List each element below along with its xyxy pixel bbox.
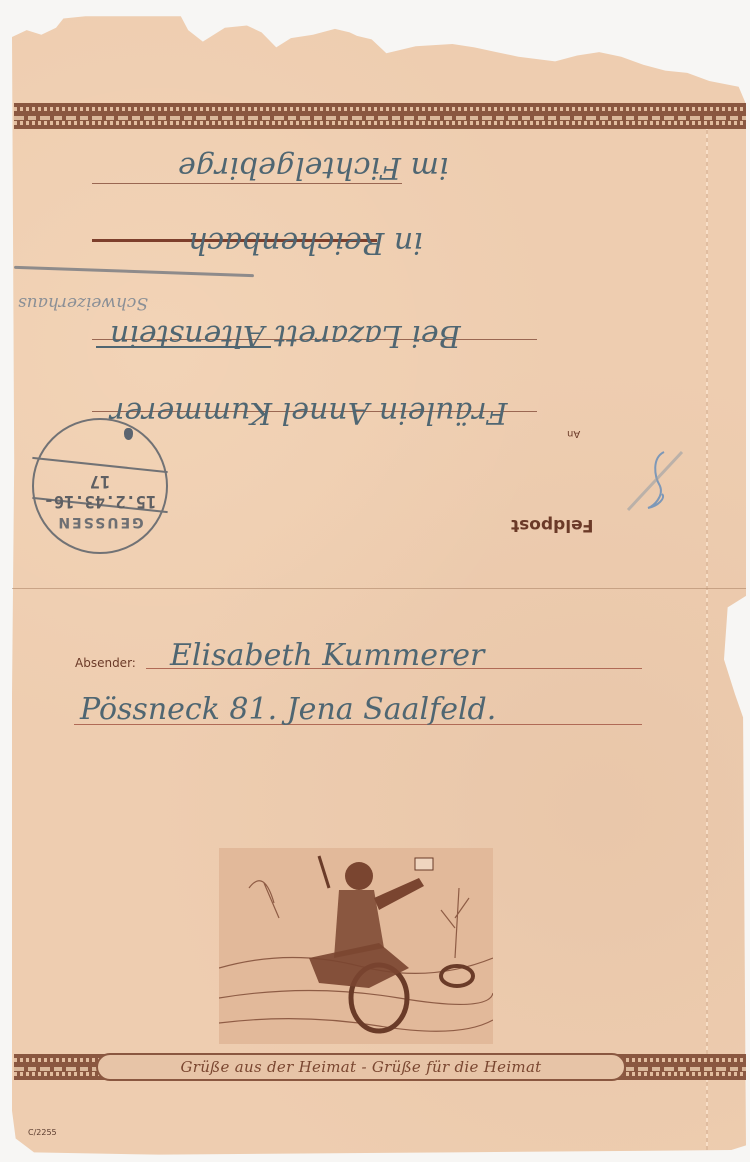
postmark-town: GEUSSEN <box>34 514 166 530</box>
pencil-initial-icon <box>624 446 688 516</box>
sender-label: Absender: <box>75 656 136 670</box>
ornamental-border-top <box>14 103 746 129</box>
pencil-note: Schweizerhaus <box>18 293 148 313</box>
label-feldpost: Feldpost <box>511 515 594 535</box>
label-an: An <box>567 428 580 439</box>
form-code: C/2255 <box>28 1128 57 1137</box>
recipient-line-4: im Fichtelgebirge <box>178 150 449 185</box>
recipient-line-1: Fräulein Annel Kummerer <box>110 395 508 430</box>
postmark-stamp: 15.2.43.16-17 GEUSSEN <box>32 418 168 554</box>
recipient-line-3: in Reichenbach <box>188 225 423 260</box>
sender-name: Elisabeth Kummerer <box>170 638 484 673</box>
motorcycle-courier-illustration <box>219 848 493 1044</box>
vertical-fold <box>706 110 708 1150</box>
horizontal-fold <box>12 588 746 589</box>
postmark-date: 15.2.43.16-17 <box>34 471 166 511</box>
stamp-ink-mark <box>124 428 133 440</box>
recipient-line-2: Bei Lazarett Altenstein <box>110 318 461 353</box>
sender-address: Pössneck 81. Jena Saalfeld. <box>80 692 496 727</box>
greeting-banner: Grüße aus der Heimat - Grüße für die Hei… <box>96 1053 626 1081</box>
